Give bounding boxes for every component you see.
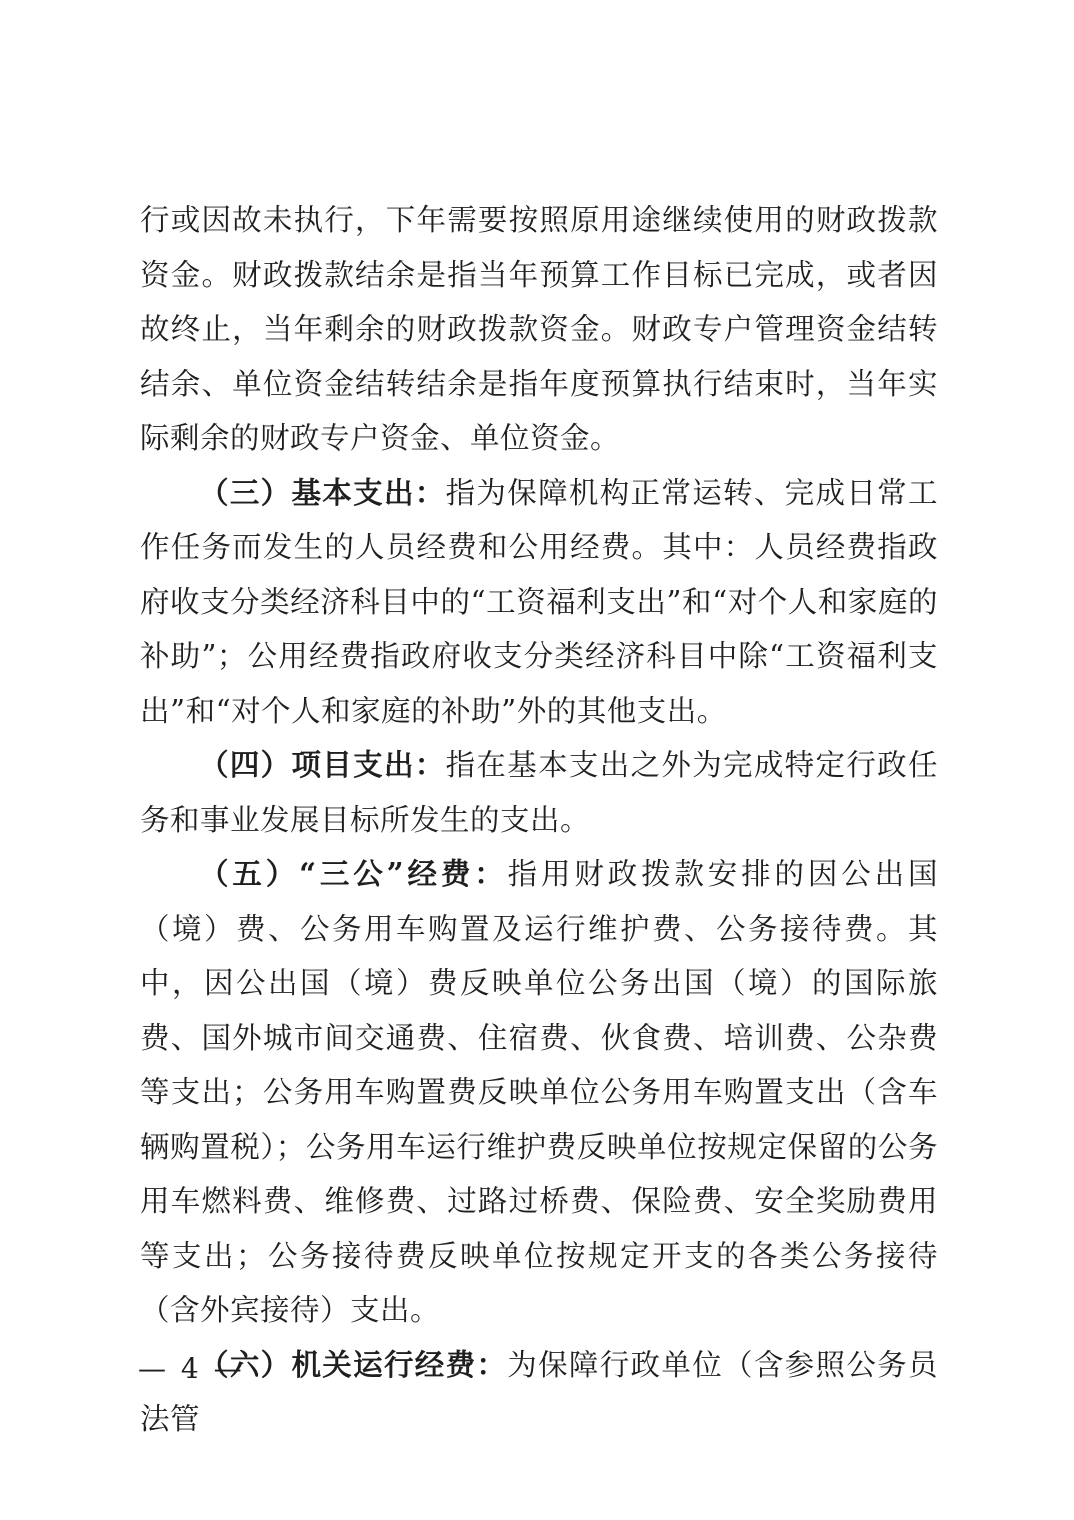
paragraph-lead: （三）基本支出： <box>199 475 446 510</box>
paragraph-lead: （四）项目支出： <box>199 747 446 782</box>
paragraph-text: 指为保障机构正常运转、完成日常工作任务而发生的人员经费和公用经费。其中：人员经费… <box>140 476 938 728</box>
paragraph-text: 指用财政拨款安排的因公出国（境）费、公务用车购置及运行维护费、公务接待费。其中，… <box>140 857 938 1327</box>
page-number: — 4 — <box>138 1352 245 1385</box>
paragraph-three-public-funds: （五）“三公”经费：指用财政拨款安排的因公出国（境）费、公务用车购置及运行维护费… <box>140 847 938 1338</box>
paragraph-lead: （六）机关运行经费： <box>199 1347 507 1382</box>
document-page: 行或因故未执行，下年需要按照原用途继续使用的财政拨款资金。财政拨款结余是指当年预… <box>0 0 1074 1520</box>
paragraph-text: 行或因故未执行，下年需要按照原用途继续使用的财政拨款资金。财政拨款结余是指当年预… <box>140 203 938 455</box>
paragraph-agency-operating-funds: （六）机关运行经费：为保障行政单位（含参照公务员法管 <box>140 1338 938 1447</box>
paragraph-carryover: 行或因故未执行，下年需要按照原用途继续使用的财政拨款资金。财政拨款结余是指当年预… <box>140 193 938 466</box>
paragraph-lead: （五）“三公”经费： <box>199 856 508 891</box>
paragraph-basic-expenditure: （三）基本支出：指为保障机构正常运转、完成日常工作任务而发生的人员经费和公用经费… <box>140 466 938 739</box>
document-body: 行或因故未执行，下年需要按照原用途继续使用的财政拨款资金。财政拨款结余是指当年预… <box>140 193 938 1447</box>
paragraph-project-expenditure: （四）项目支出：指在基本支出之外为完成特定行政任务和事业发展目标所发生的支出。 <box>140 738 938 847</box>
